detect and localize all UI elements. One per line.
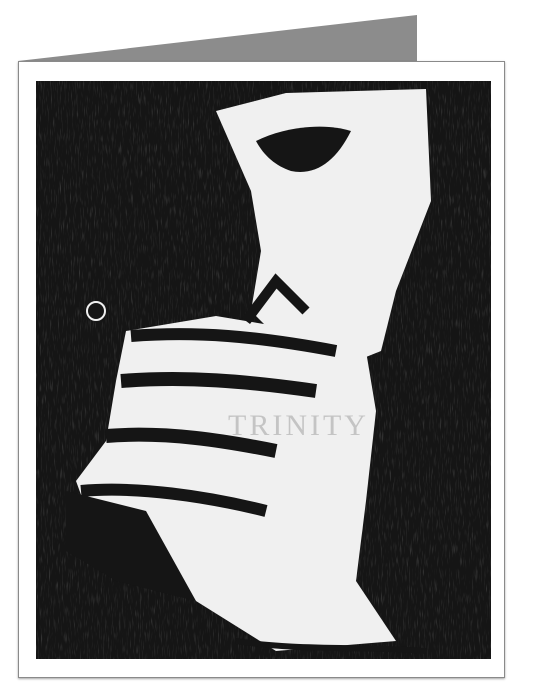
woodcut-image [36, 81, 491, 659]
woodcut-artwork: TRINITY [36, 81, 491, 659]
watermark: TRINITY [228, 409, 369, 443]
greeting-card[interactable]: TRINITY [18, 61, 505, 678]
